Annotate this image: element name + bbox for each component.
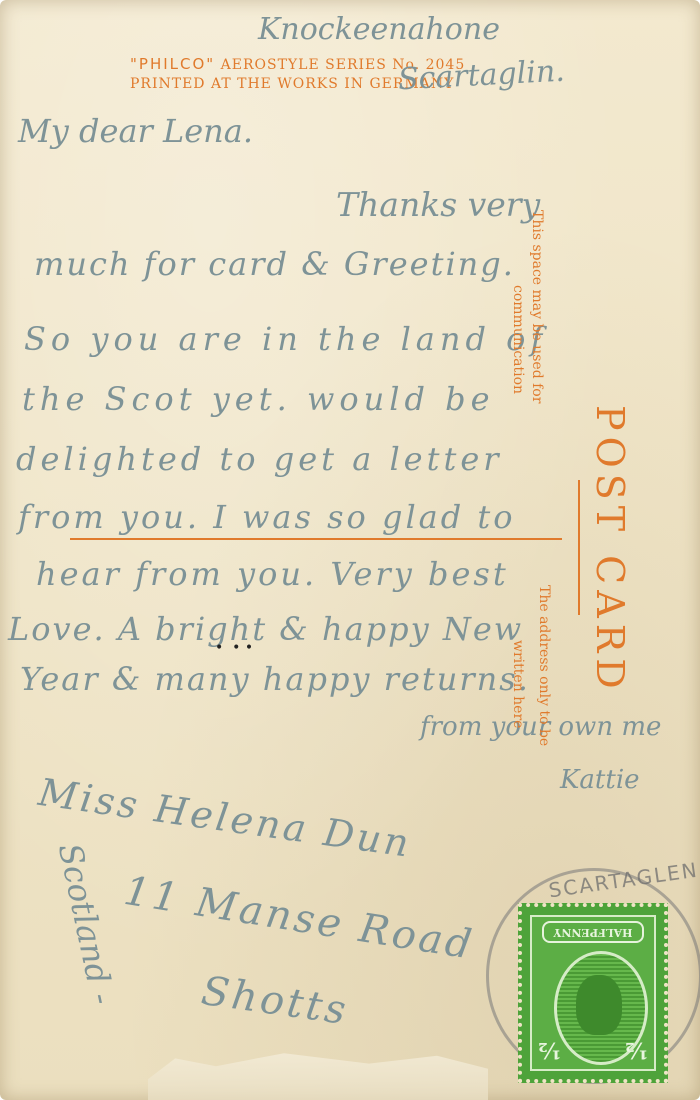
divider-horizontal — [70, 538, 562, 540]
printed-brand: "PHILCO" — [130, 55, 215, 73]
message-line: Love. A bright & happy New — [8, 610, 523, 648]
postcard-back: "PHILCO" AEROSTYLE SERIES No. 2045 PRINT… — [0, 0, 700, 1100]
message-line: from you. I was so glad to — [18, 498, 516, 536]
message-line: much for card & Greeting. — [34, 245, 515, 283]
instruction-address-line2: written here — [510, 640, 526, 728]
recipient-country: Scotland - — [51, 840, 122, 1008]
king-portrait-icon — [576, 975, 622, 1035]
recipient-street: 11 Manse Road — [121, 868, 478, 969]
sender-address-line1: Knockeenahone — [258, 12, 500, 47]
message-line: So you are in the land of — [24, 320, 547, 358]
message-line: Year & many happy returns. — [20, 660, 530, 698]
ink-spots: • • • — [215, 640, 253, 656]
stamp-denomination-label: HALFPENNY — [542, 921, 644, 943]
message-line: hear from you. Very best — [36, 555, 509, 593]
message-signature: Kattie — [560, 765, 640, 795]
stamp-value-right: ½ — [625, 1037, 648, 1063]
instruction-address-line1: The address only to be — [536, 585, 552, 746]
halfpenny-stamp: HALFPENNY ½ ½ — [518, 903, 668, 1083]
instruction-communication-line2: communication — [510, 285, 526, 394]
stamp-value-left: ½ — [538, 1037, 561, 1063]
instruction-communication-line1: This space may be used for — [529, 210, 545, 403]
message-line: the Scot yet. would be — [22, 380, 495, 418]
stamp-frame: HALFPENNY ½ ½ — [530, 915, 656, 1071]
sender-address-line2: Scartaglin. — [397, 54, 565, 98]
recipient-town: Shotts — [199, 968, 352, 1034]
divider-vertical — [578, 480, 580, 615]
message-line: Thanks very — [336, 185, 540, 224]
torn-edge — [148, 1048, 488, 1100]
message-salutation: My dear Lena. — [18, 112, 253, 150]
message-line: delighted to get a letter — [16, 440, 503, 478]
postcard-title: POST CARD — [588, 405, 632, 695]
recipient-name: Miss Helena Dun — [36, 770, 415, 866]
